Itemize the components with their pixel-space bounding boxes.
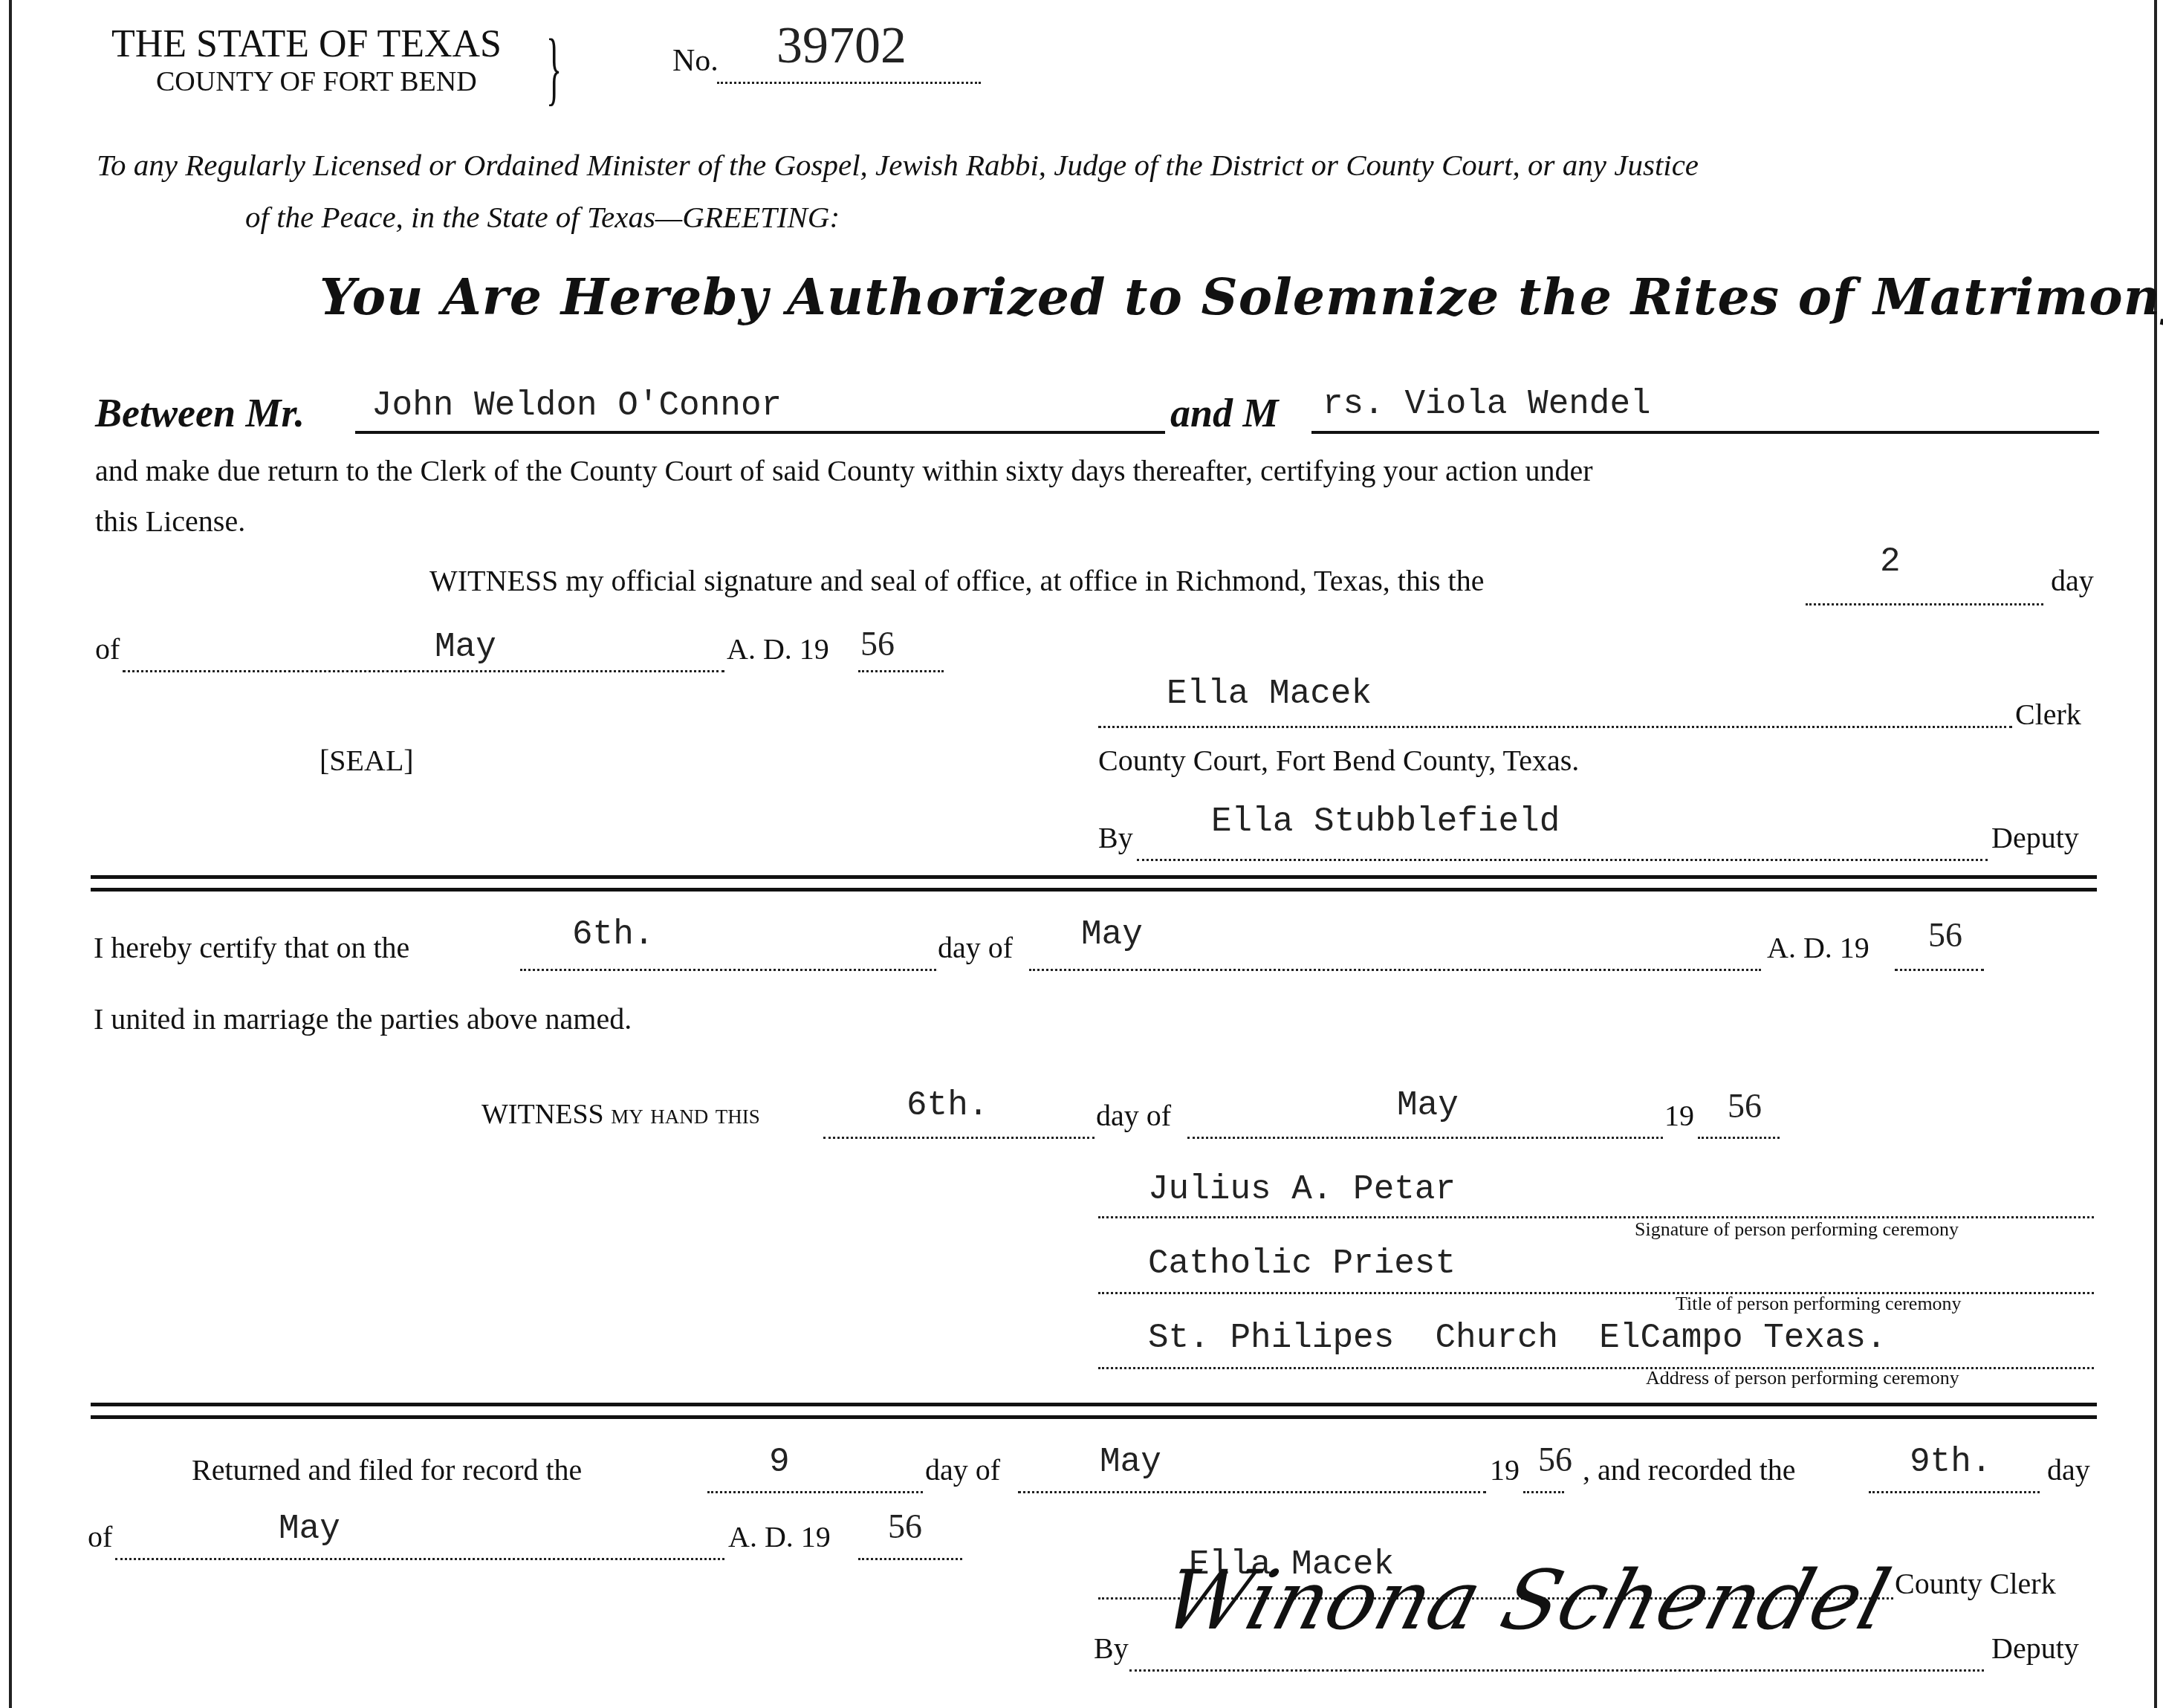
- license-deputy-name: Ella Stubblefield: [1211, 802, 1560, 841]
- license-month-value: May: [435, 628, 496, 666]
- license-month-line: [123, 661, 724, 675]
- section-divider-2: [91, 1403, 2097, 1419]
- officiant-address-caption: Address of person performing ceremony: [1646, 1367, 1959, 1389]
- officiant-address: St. Philipes Church ElCampo Texas.: [1148, 1319, 1887, 1357]
- recording-by-label: By: [1094, 1631, 1129, 1666]
- return-text-line-1: and make due return to the Clerk of the …: [95, 453, 1593, 488]
- license-day-label: day: [2051, 563, 2094, 598]
- court-label: County Court, Fort Bend County, Texas.: [1098, 743, 1579, 778]
- state-heading: THE STATE OF TEXAS: [111, 22, 502, 66]
- officiant-name-caption: Signature of person performing ceremony: [1635, 1218, 1959, 1241]
- left-page-border: [9, 0, 12, 1708]
- deputy-signature: Winona Schendel: [1154, 1553, 1900, 1648]
- recorded-label: , and recorded the: [1583, 1452, 1796, 1487]
- seal-label: [SEAL]: [320, 743, 414, 778]
- recorded-day-label: day: [2047, 1452, 2090, 1487]
- recorded-year-value: 56: [888, 1507, 922, 1546]
- filed-month-line: [1018, 1482, 1486, 1496]
- recording-deputy-label: Deputy: [1991, 1631, 2079, 1666]
- recorded-month-value: May: [279, 1510, 340, 1548]
- certify-witness-year: 56: [1728, 1086, 1762, 1126]
- license-day-value: 2: [1880, 542, 1901, 581]
- return-text-line-2: this License.: [95, 504, 245, 539]
- bride-name: rs. Viola Wendel: [1323, 385, 1651, 423]
- certify-month-line: [1029, 960, 1761, 974]
- license-by-label: By: [1098, 820, 1133, 855]
- recorded-day-value: 9th.: [1910, 1443, 1991, 1481]
- license-deputy-label: Deputy: [1991, 820, 2079, 855]
- license-of-label: of: [95, 631, 120, 666]
- license-number-value: 39702: [776, 16, 907, 76]
- recorded-ad-label: A. D. 19: [728, 1519, 831, 1554]
- certify-witness-month: May: [1397, 1086, 1459, 1125]
- address-line-2: of the Peace, in the State of Texas—GREE…: [245, 199, 840, 235]
- certify-day-line: [520, 960, 936, 974]
- recorded-month-line: [115, 1549, 724, 1563]
- county-heading: COUNTY OF FORT BEND: [156, 65, 477, 98]
- right-page-border: [2154, 0, 2157, 1708]
- recorded-day-line: [1869, 1482, 2040, 1496]
- address-line-1: To any Regularly Licensed or Ordained Mi…: [97, 147, 1699, 183]
- certify-witness-year-prefix: 19: [1664, 1098, 1694, 1133]
- filed-year-value: 56: [1538, 1440, 1572, 1479]
- certify-year-line: [1895, 960, 1984, 974]
- groom-name: John Weldon O'Connor: [372, 386, 782, 425]
- certify-day-of-label: day of: [938, 930, 1013, 965]
- recording-deputy-line: [1129, 1660, 1984, 1675]
- certify-witness-month-line: [1187, 1128, 1663, 1142]
- license-ad-label: A. D. 19: [727, 631, 829, 666]
- certify-year-value: 56: [1928, 915, 1962, 955]
- officiant-name: Julius A. Petar: [1148, 1170, 1456, 1209]
- recorded-of-label: of: [88, 1519, 112, 1554]
- certify-witness-day-of: day of: [1096, 1098, 1171, 1133]
- certify-line-2: I united in marriage the parties above n…: [94, 1001, 632, 1036]
- certify-day-value: 6th.: [572, 915, 654, 954]
- license-clerk-name: Ella Macek: [1167, 675, 1372, 713]
- filed-day-value: 9: [769, 1443, 790, 1481]
- license-deputy-line: [1137, 850, 1988, 864]
- and-label: and M: [1170, 390, 1279, 436]
- license-clerk-line: [1098, 717, 2012, 731]
- certify-ad-label: A. D. 19: [1767, 930, 1869, 965]
- recording-clerk-label: County Clerk: [1895, 1566, 2056, 1601]
- license-clerk-label: Clerk: [2015, 697, 2081, 732]
- officiant-title-caption: Title of person performing ceremony: [1676, 1293, 1962, 1315]
- filed-month-value: May: [1100, 1443, 1161, 1481]
- officiant-title: Catholic Priest: [1148, 1244, 1456, 1283]
- certify-prefix: I hereby certify that on the: [94, 930, 409, 965]
- section-divider-1: [91, 875, 2097, 892]
- document-title: You Are Hereby Authorized to Solemnize t…: [320, 267, 2163, 327]
- filed-day-line: [707, 1482, 923, 1496]
- certify-witness-text: WITNESS my hand this: [481, 1099, 760, 1130]
- license-witness-text: WITNESS my official signature and seal o…: [429, 563, 1484, 598]
- certify-witness-year-line: [1698, 1128, 1780, 1142]
- recording-prefix: Returned and filed for record the: [192, 1452, 582, 1487]
- license-year-value: 56: [860, 624, 895, 663]
- brace-icon: }: [546, 21, 562, 115]
- recorded-year-line: [858, 1549, 962, 1563]
- filed-day-of-label: day of: [925, 1452, 1000, 1487]
- groom-line: [355, 431, 1165, 434]
- license-number-label: No.: [672, 43, 719, 79]
- bride-line: [1311, 431, 2099, 434]
- certify-witness-label: WITNESS my hand this: [481, 1098, 760, 1131]
- filed-year-line: [1523, 1482, 1564, 1496]
- certify-witness-day: 6th.: [907, 1086, 988, 1125]
- certify-month-value: May: [1081, 915, 1143, 954]
- certify-witness-day-line: [823, 1128, 1095, 1142]
- between-label: Between Mr.: [95, 390, 305, 436]
- license-day-line: [1806, 594, 2043, 608]
- filed-year-prefix: 19: [1490, 1452, 1520, 1487]
